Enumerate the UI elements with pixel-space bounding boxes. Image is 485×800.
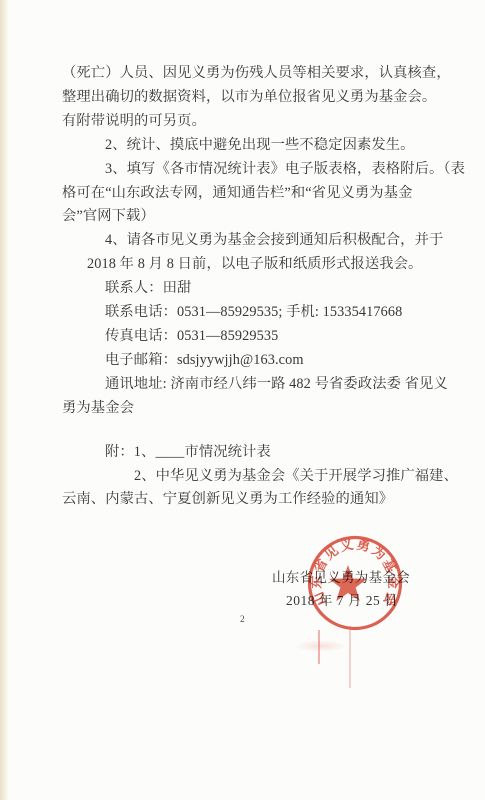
official-seal: 山东省见义勇为基金会 — [303, 531, 407, 635]
text-line: 2、统计、摸底中避免出现一些不稳定因素发生。 — [62, 134, 430, 158]
text-line: 电子邮箱：sdsjyywjjh@163.com — [62, 349, 430, 373]
text-line: 云南、内蒙古、宁夏创新见义勇为工作经验的通知》 — [62, 488, 430, 512]
text-line: 2、中华见义勇为基金会《关于开展学习推广福建、 — [62, 465, 430, 489]
text-line: 传真电话：0531—85929535 — [62, 325, 430, 349]
text-line: 3、填写《各市情况统计表》电子版表格，表格附后。（表 — [62, 158, 430, 182]
page-number: 2 — [240, 615, 245, 625]
text-line: 附：1、____市情况统计表 — [62, 441, 430, 465]
document-body: （死亡）人员、因见义勇为伤残人员等相关要求，认真核查，整理出确切的数据资料，以市… — [62, 62, 430, 512]
text-line: 会”官网下载） — [62, 205, 430, 229]
seal-ink-streak — [349, 626, 351, 688]
red-star-icon — [329, 565, 367, 601]
text-line: 联系电话：0531—85929535; 手机: 15335417668 — [62, 301, 430, 325]
text-line: 整理出确切的数据资料，以市为单位报省见义勇为基金会。 — [62, 86, 430, 110]
text-line: 联系人：田甜 — [62, 277, 430, 301]
text-line: （死亡）人员、因见义勇为伤残人员等相关要求，认真核查， — [62, 62, 430, 86]
text-line: 2018 年 8 月 8 日前，以电子版和纸质形式报送我会。 — [62, 253, 430, 277]
text-line: 勇为基金会 — [62, 397, 430, 421]
text-line: 格可在“山东政法专网，通知通告栏”和“省见义勇为基金 — [62, 182, 430, 206]
scan-edge-artifact — [0, 0, 9, 800]
seal-ink-streak — [318, 630, 320, 664]
document-page: （死亡）人员、因见义勇为伤残人员等相关要求，认真核查，整理出确切的数据资料，以市… — [0, 0, 485, 800]
text-line: 4、请各市见义勇为基金会接到通知后积极配合，并于 — [62, 229, 430, 253]
seal-ink-smudge — [295, 640, 347, 652]
text-line: 通讯地址: 济南市经八纬一路 482 号省委政法委 省见义 — [62, 373, 430, 397]
text-line: 有附带说明的可另页。 — [62, 110, 430, 134]
